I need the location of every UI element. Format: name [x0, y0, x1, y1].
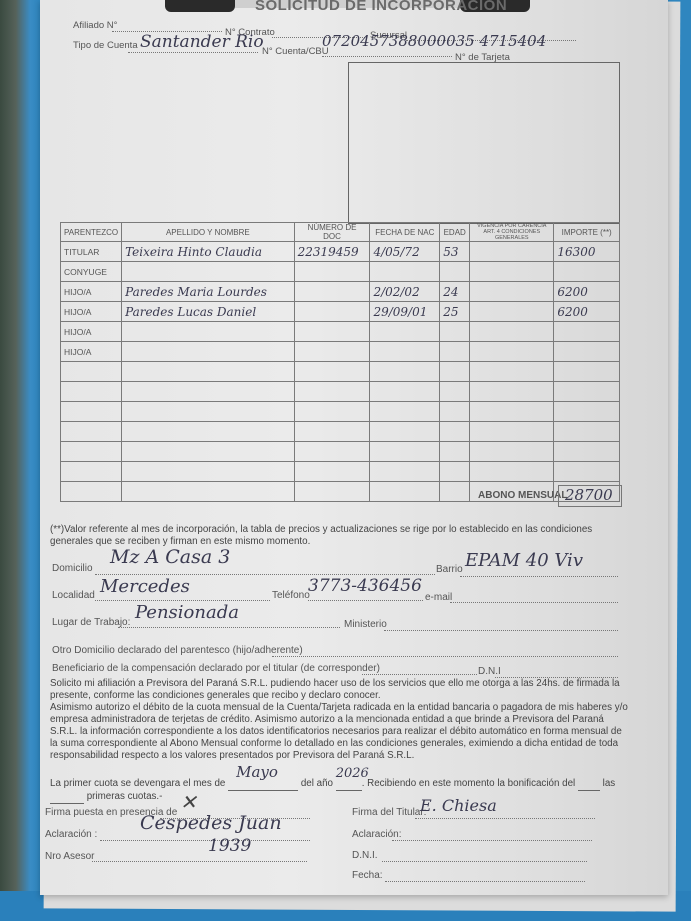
- localidad-label: Localidad: [52, 590, 95, 601]
- binder-clip-left: [165, 0, 235, 12]
- cell-edad[interactable]: [440, 402, 470, 422]
- cell-fecha[interactable]: [370, 422, 440, 442]
- col-importe: IMPORTE (**): [554, 223, 620, 242]
- table-row: [61, 382, 620, 402]
- cell-fecha[interactable]: [370, 442, 440, 462]
- domicilio-label: Domicilio: [52, 563, 93, 574]
- form-title: SOLICITUD DE INCORPORACION: [255, 0, 507, 14]
- cell-nombre[interactable]: Teixeira Hinto Claudia: [122, 242, 295, 262]
- cell-fecha[interactable]: 2/02/02: [370, 282, 440, 302]
- cell-vigencia[interactable]: [470, 442, 554, 462]
- table-row: TITULARTeixeira Hinto Claudia223194594/0…: [61, 242, 620, 262]
- cell-doc[interactable]: [294, 362, 370, 382]
- fecha-field[interactable]: [385, 881, 585, 882]
- cell-vigencia[interactable]: [470, 282, 554, 302]
- cuota-line: La primer cuota se devengara el mes de M…: [50, 778, 650, 804]
- table-row: HIJO/AParedes Maria Lourdes2/02/02246200: [61, 282, 620, 302]
- cell-doc[interactable]: [294, 342, 370, 362]
- aclaracion-left-field[interactable]: [100, 840, 310, 841]
- asesor-field[interactable]: [92, 861, 307, 862]
- cuenta-cbu-label: N° Cuenta/CBU: [262, 46, 329, 57]
- cell-parentezco: [61, 442, 122, 462]
- cell-nombre[interactable]: [122, 402, 295, 422]
- cell-edad[interactable]: [440, 422, 470, 442]
- cell-doc[interactable]: [294, 482, 370, 502]
- localidad-value: Mercedes: [100, 576, 190, 597]
- domicilio-value: Mz A Casa 3: [110, 546, 230, 568]
- titular-dni-label: D.N.I.: [352, 850, 378, 861]
- cell-nombre[interactable]: [122, 262, 295, 282]
- table-row: [61, 442, 620, 462]
- fecha-label: Fecha:: [352, 870, 383, 881]
- debito-paragraph: Asimismo autorizo el débito de la cuota …: [50, 702, 630, 762]
- titular-signature-field[interactable]: [415, 818, 595, 819]
- cell-fecha[interactable]: 29/09/01: [370, 302, 440, 322]
- cell-importe[interactable]: [554, 422, 620, 442]
- cell-nombre[interactable]: [122, 482, 295, 502]
- cell-importe[interactable]: 6200: [554, 302, 620, 322]
- table-row: HIJO/A: [61, 342, 620, 362]
- beneficiario-dni-label: D.N.I: [478, 666, 501, 677]
- cell-parentezco: [61, 382, 122, 402]
- cell-edad[interactable]: 25: [440, 302, 470, 322]
- cell-nombre[interactable]: [122, 462, 295, 482]
- cell-vigencia[interactable]: [470, 242, 554, 262]
- cell-importe[interactable]: [554, 462, 620, 482]
- cell-edad[interactable]: [440, 382, 470, 402]
- cell-nombre[interactable]: [122, 362, 295, 382]
- cell-doc[interactable]: [294, 462, 370, 482]
- cell-edad[interactable]: [440, 442, 470, 462]
- cell-fecha[interactable]: [370, 402, 440, 422]
- cell-parentezco: TITULAR: [61, 242, 122, 262]
- cuota-las-label: las: [603, 778, 616, 789]
- family-table: PARENTEZCO APELLIDO Y NOMBRE NÚMERO DE D…: [60, 222, 620, 502]
- cuota-mes-field[interactable]: Mayo: [228, 778, 298, 791]
- cell-vigencia[interactable]: [470, 422, 554, 442]
- aclaracion-right-field[interactable]: [392, 840, 592, 841]
- cell-doc[interactable]: [294, 402, 370, 422]
- presencia-signature: ✕: [180, 790, 197, 814]
- cuota-suffix: primeras cuotas.-: [87, 791, 163, 802]
- telefono-value: 3773-436456: [308, 576, 422, 596]
- cell-importe[interactable]: [554, 262, 620, 282]
- cell-fecha[interactable]: [370, 262, 440, 282]
- cell-parentezco: [61, 482, 122, 502]
- tipo-cuenta-label: Tipo de Cuenta: [73, 40, 138, 51]
- cell-vigencia[interactable]: [470, 382, 554, 402]
- cell-doc[interactable]: 22319459: [294, 242, 370, 262]
- cell-vigencia[interactable]: [470, 262, 554, 282]
- cell-doc[interactable]: [294, 302, 370, 322]
- cell-parentezco: CONYUGE: [61, 262, 122, 282]
- aclaracion-left-value: Cespedes Juan: [140, 812, 282, 834]
- asesor-value: 1939: [208, 836, 251, 856]
- cell-parentezco: [61, 402, 122, 422]
- table-row: CONYUGE: [61, 262, 620, 282]
- cell-vigencia[interactable]: [470, 462, 554, 482]
- cell-parentezco: [61, 362, 122, 382]
- aclaracion-left-label: Aclaración :: [45, 829, 97, 840]
- cell-nombre[interactable]: [122, 342, 295, 362]
- titular-label: Firma del Titular:: [352, 807, 426, 818]
- asesor-label: Nro Asesor: [45, 851, 94, 862]
- table-row: [61, 362, 620, 382]
- barrio-label: Barrio: [436, 564, 463, 575]
- cuota-anio-value: 2026: [336, 768, 369, 780]
- cell-doc[interactable]: [294, 322, 370, 342]
- cell-edad[interactable]: [440, 262, 470, 282]
- cell-importe[interactable]: [554, 322, 620, 342]
- cell-nombre[interactable]: [122, 322, 295, 342]
- photo-box: [348, 62, 620, 224]
- cell-importe[interactable]: [554, 342, 620, 362]
- cell-importe[interactable]: [554, 362, 620, 382]
- titular-signature: E. Chiesa: [420, 796, 497, 815]
- cell-fecha[interactable]: [370, 342, 440, 362]
- localidad-field[interactable]: [95, 600, 270, 601]
- ministerio-field[interactable]: [384, 630, 618, 631]
- cell-parentezco: HIJO/A: [61, 342, 122, 362]
- cell-parentezco: HIJO/A: [61, 282, 122, 302]
- email-label: e-mail: [425, 592, 452, 603]
- cuota-mes-value: Mayo: [236, 766, 278, 778]
- cell-vigencia[interactable]: [470, 322, 554, 342]
- background-left: [0, 0, 40, 921]
- titular-dni-field[interactable]: [382, 861, 587, 862]
- cell-vigencia[interactable]: [470, 402, 554, 422]
- abono-mensual-value: 28700: [565, 486, 613, 504]
- ministerio-label: Ministerio: [344, 619, 387, 630]
- trabajo-value: Pensionada: [135, 602, 239, 623]
- cell-nombre[interactable]: [122, 382, 295, 402]
- cell-edad[interactable]: [440, 342, 470, 362]
- otro-domicilio-field[interactable]: [272, 656, 618, 657]
- cuota-middle: . Recibiendo en este momento la bonifica…: [362, 778, 575, 789]
- cell-nombre[interactable]: [122, 442, 295, 462]
- cuota-anio-field[interactable]: 2026: [336, 778, 362, 791]
- cell-importe[interactable]: [554, 382, 620, 402]
- domicilio-field[interactable]: [95, 574, 435, 575]
- price-note: (**)Valor referente al mes de incorporac…: [50, 524, 630, 548]
- col-vigencia: VIGENCIA POR CARENCIAART. 4 CONDICIONES …: [470, 223, 554, 242]
- cell-doc[interactable]: [294, 422, 370, 442]
- cell-edad[interactable]: [440, 482, 470, 502]
- cell-parentezco: HIJO/A: [61, 322, 122, 342]
- table-row: [61, 422, 620, 442]
- abono-mensual-label: ABONO MENSUAL: [478, 490, 567, 501]
- cuotas-count-field[interactable]: [50, 791, 84, 804]
- cell-importe[interactable]: [554, 442, 620, 462]
- beneficiario-field[interactable]: [362, 674, 477, 675]
- afiliado-label: Afiliado N°: [73, 20, 117, 31]
- cell-vigencia[interactable]: [470, 342, 554, 362]
- cell-edad[interactable]: [440, 462, 470, 482]
- table-row: [61, 462, 620, 482]
- cell-parentezco: [61, 462, 122, 482]
- cell-edad[interactable]: 24: [440, 282, 470, 302]
- cell-nombre[interactable]: Paredes Maria Lourdes: [122, 282, 295, 302]
- col-fecha: FECHA DE NAC: [370, 223, 440, 242]
- cell-fecha[interactable]: [370, 382, 440, 402]
- table-row: HIJO/AParedes Lucas Daniel29/09/01256200: [61, 302, 620, 322]
- cell-nombre[interactable]: [122, 422, 295, 442]
- form-sheet: SOLICITUD DE INCORPORACION Afiliado N° N…: [40, 0, 668, 895]
- cell-fecha[interactable]: 4/05/72: [370, 242, 440, 262]
- col-parentezco: PARENTEZCO: [61, 223, 122, 242]
- telefono-label: Teléfono: [272, 590, 310, 601]
- cell-edad[interactable]: [440, 322, 470, 342]
- cell-doc[interactable]: [294, 382, 370, 402]
- table-row: [61, 402, 620, 422]
- email-field[interactable]: [450, 602, 618, 603]
- cell-edad[interactable]: 53: [440, 242, 470, 262]
- beneficiario-label: Beneficiario de la compensación declarad…: [52, 663, 380, 674]
- afiliacion-paragraph: Solicito mi afiliación a Previsora del P…: [50, 678, 630, 702]
- aclaracion-right-label: Aclaración:: [352, 829, 401, 840]
- cuota-anio-label: del año: [301, 778, 333, 789]
- cuenta-cbu-field[interactable]: [322, 56, 452, 57]
- cell-edad[interactable]: [440, 362, 470, 382]
- col-edad: EDAD: [440, 223, 470, 242]
- tipo-cuenta-field[interactable]: [128, 52, 258, 53]
- cell-doc[interactable]: [294, 262, 370, 282]
- cell-fecha[interactable]: [370, 362, 440, 382]
- cell-doc[interactable]: [294, 442, 370, 462]
- cell-vigencia[interactable]: [470, 362, 554, 382]
- col-doc: NÚMERO DE DOC: [294, 223, 370, 242]
- cell-importe[interactable]: 16300: [554, 242, 620, 262]
- table-header-row: PARENTEZCO APELLIDO Y NOMBRE NÚMERO DE D…: [61, 223, 620, 242]
- cell-parentezco: HIJO/A: [61, 302, 122, 322]
- cell-doc[interactable]: [294, 282, 370, 302]
- tipo-cuenta-value: Santander Rio: [140, 32, 264, 52]
- cuota-prefix: La primer cuota se devengara el mes de: [50, 778, 225, 789]
- cell-importe[interactable]: [554, 402, 620, 422]
- cell-nombre[interactable]: Paredes Lucas Daniel: [122, 302, 295, 322]
- cell-parentezco: [61, 422, 122, 442]
- cuenta-cbu-value: 0720457388000035 4715404: [322, 32, 546, 50]
- barrio-value: EPAM 40 Viv: [465, 550, 583, 571]
- otro-domicilio-label: Otro Domicilio declarado del parentesco …: [52, 645, 303, 656]
- cell-vigencia[interactable]: [470, 302, 554, 322]
- bonificacion-field[interactable]: [578, 778, 600, 791]
- telefono-field[interactable]: [308, 600, 423, 601]
- table-row: HIJO/A: [61, 322, 620, 342]
- trabajo-field[interactable]: [118, 627, 340, 628]
- cell-fecha[interactable]: [370, 462, 440, 482]
- col-nombre: APELLIDO Y NOMBRE: [122, 223, 295, 242]
- cell-fecha[interactable]: [370, 482, 440, 502]
- abono-mensual-field[interactable]: 28700: [558, 485, 622, 507]
- cell-importe[interactable]: 6200: [554, 282, 620, 302]
- cell-fecha[interactable]: [370, 322, 440, 342]
- barrio-field[interactable]: [460, 576, 618, 577]
